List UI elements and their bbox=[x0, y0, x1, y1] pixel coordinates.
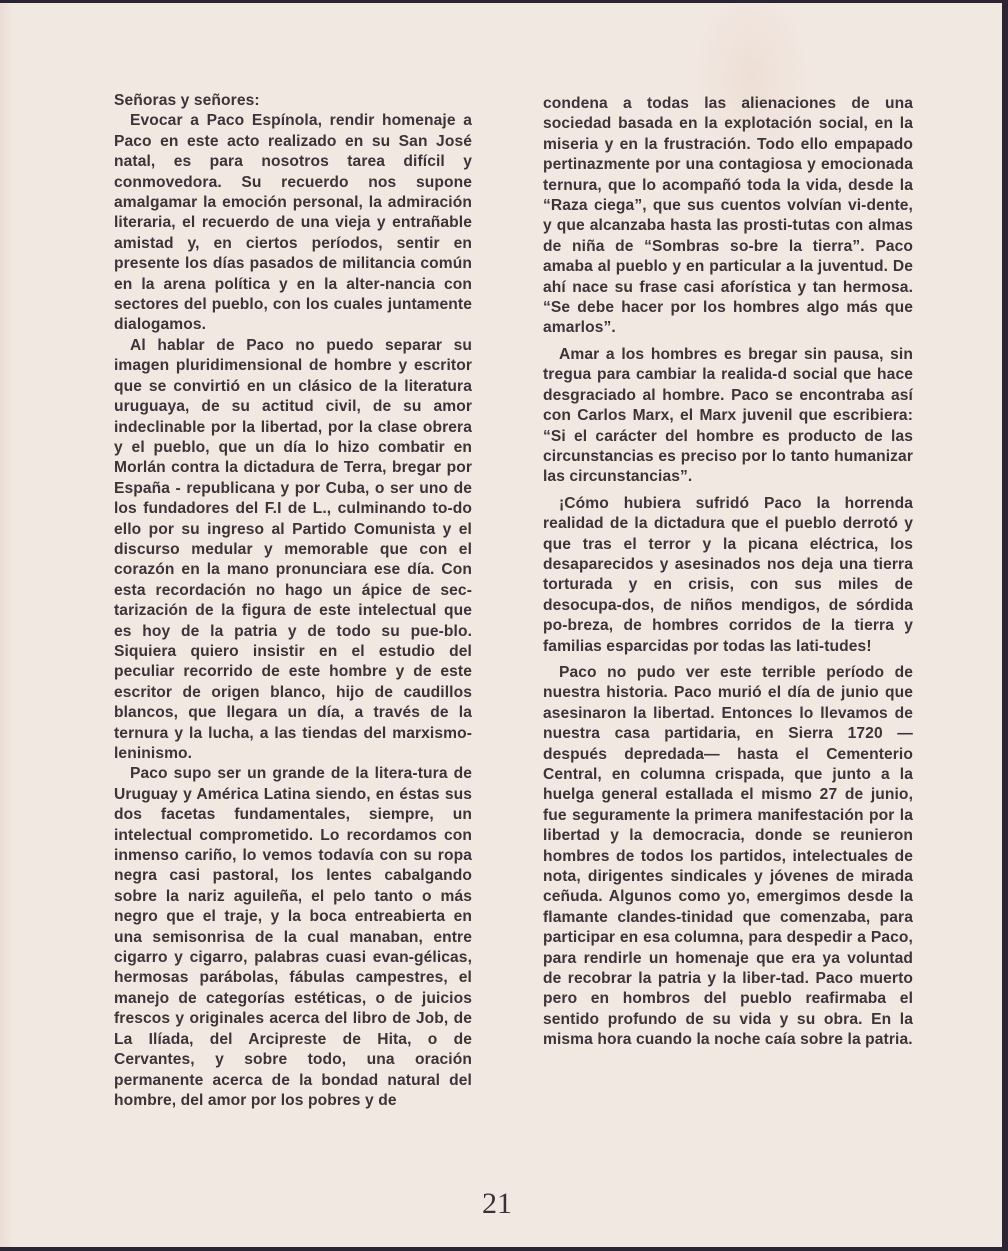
paragraph: Evocar a Paco Espínola, rendir homenaje … bbox=[114, 111, 472, 335]
paragraph: ¡Cómo hubiera sufridó Paco la horrenda r… bbox=[543, 494, 913, 657]
paragraph: Amar a los hombres es bregar sin pausa, … bbox=[543, 345, 913, 488]
paragraph: Paco no pudo ver este terrible período d… bbox=[543, 663, 913, 1051]
page-number: 21 bbox=[482, 1187, 512, 1221]
right-column: condena a todas las alienaciones de una … bbox=[543, 94, 913, 1051]
salutation: Señoras y señores: bbox=[114, 91, 472, 111]
paragraph: Al hablar de Paco no puedo separar su im… bbox=[114, 336, 472, 765]
left-column: Señoras y señores: Evocar a Paco Espínol… bbox=[114, 91, 472, 1111]
paragraph-continuation: condena a todas las alienaciones de una … bbox=[543, 94, 913, 339]
document-page: Señoras y señores: Evocar a Paco Espínol… bbox=[0, 3, 1002, 1247]
paragraph: Paco supo ser un grande de la litera-tur… bbox=[114, 764, 472, 1111]
